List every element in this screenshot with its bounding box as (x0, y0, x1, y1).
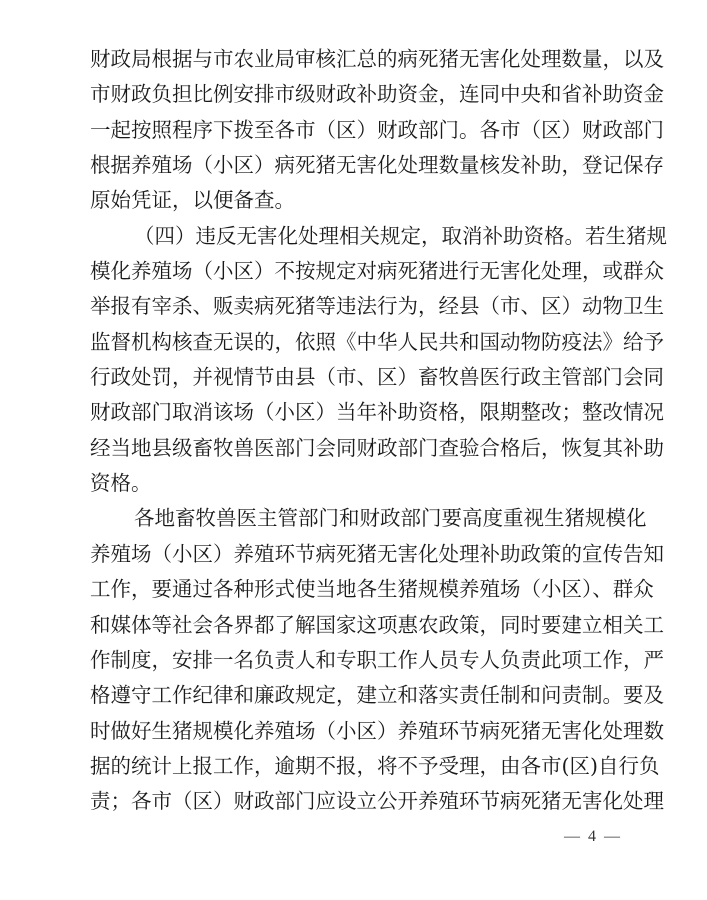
text-line: 市财政负担比例安排市级财政补助资金，连同中央和省补助资金 (90, 77, 620, 112)
text-line: 作制度，安排一名负责人和专职工作人员专人负责此项工作，严 (90, 643, 620, 678)
text-line: 据的统计上报工作，逾期不报，将不予受理，由各市(区)自行负 (90, 749, 620, 784)
text-line: 责；各市（区）财政部门应设立公开养殖环节病死猪无害化处理 (90, 784, 620, 819)
text-line: 财政局根据与市农业局审核汇总的病死猪无害化处理数量，以及 (90, 42, 620, 77)
text-line: 各地畜牧兽医主管部门和财政部门要高度重视生猪规模化 (90, 501, 620, 536)
text-line: 和媒体等社会各界都了解国家这项惠农政策，同时要建立相关工 (90, 608, 620, 643)
text-line: 时做好生猪规模化养殖场（小区）养殖环节病死猪无害化处理数 (90, 714, 620, 749)
paragraph-section-four-violations: （四）违反无害化处理相关规定，取消补助资格。若生猪规 模化养殖场（小区）不按规定… (90, 219, 620, 502)
text-line: 监督机构核查无误的，依照《中华人民共和国动物防疫法》给予 (90, 325, 620, 360)
paragraph-publicity-and-responsibility: 各地畜牧兽医主管部门和财政部门要高度重视生猪规模化 养殖场（小区）养殖环节病死猪… (90, 501, 620, 819)
text-line: 资格。 (90, 466, 620, 501)
text-line: 经当地县级畜牧兽医部门会同财政部门查验合格后，恢复其补助 (90, 431, 620, 466)
paragraph-continuation-subsidy-distribution: 财政局根据与市农业局审核汇总的病死猪无害化处理数量，以及 市财政负担比例安排市级… (90, 42, 620, 219)
text-line: 模化养殖场（小区）不按规定对病死猪进行无害化处理，或群众 (90, 254, 620, 289)
text-line: 养殖场（小区）养殖环节病死猪无害化处理补助政策的宣传告知 (90, 537, 620, 572)
text-line: 原始凭证，以便备查。 (90, 183, 620, 218)
body-text: 财政局根据与市农业局审核汇总的病死猪无害化处理数量，以及 市财政负担比例安排市级… (90, 42, 620, 820)
document-page: 财政局根据与市农业局审核汇总的病死猪无害化处理数量，以及 市财政负担比例安排市级… (0, 0, 707, 900)
text-line: 一起按照程序下拨至各市（区）财政部门。各市（区）财政部门 (90, 113, 620, 148)
text-line: 格遵守工作纪律和廉政规定，建立和落实责任制和问责制。要及 (90, 678, 620, 713)
text-line: 工作，要通过各种形式使当地各生猪规模养殖场（小区）、群众 (90, 572, 620, 607)
text-line: 根据养殖场（小区）病死猪无害化处理数量核发补助，登记保存 (90, 148, 620, 183)
text-line: （四）违反无害化处理相关规定，取消补助资格。若生猪规 (90, 219, 620, 254)
text-line: 举报有宰杀、贩卖病死猪等违法行为，经县（市、区）动物卫生 (90, 289, 620, 324)
text-line: 行政处罚，并视情节由县（市、区）畜牧兽医行政主管部门会同 (90, 360, 620, 395)
text-line: 财政部门取消该场（小区）当年补助资格，限期整改；整改情况 (90, 395, 620, 430)
page-number: — 4 — (562, 828, 624, 846)
